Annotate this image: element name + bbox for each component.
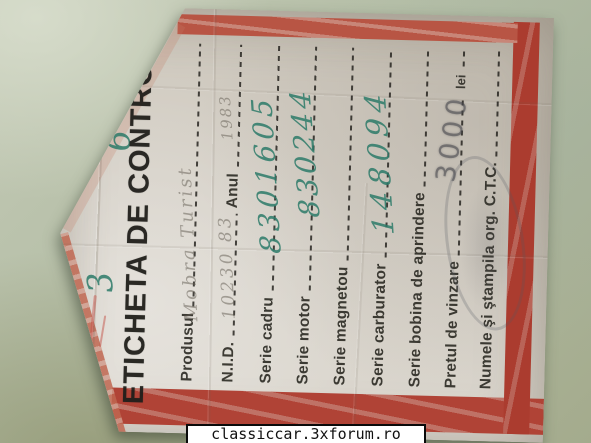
dotted-line	[346, 48, 354, 261]
field-label: Produsul	[178, 312, 198, 381]
field-label: Serie magnetou	[331, 266, 352, 386]
control-tag: 3 6 ETICHETA DE CONTROL Produsul N.I.D. …	[55, 5, 554, 443]
dotted-line	[237, 45, 243, 167]
watermark-bar: classiccar.3xforum.ro	[186, 424, 426, 443]
field-label: N.I.D.	[219, 342, 238, 383]
field-label: Serie cadru	[257, 297, 277, 384]
currency-label: lei	[453, 74, 468, 89]
dotted-line	[462, 51, 465, 67]
handwritten-value-anul: 1983	[216, 94, 237, 141]
field-label: Anul	[224, 173, 243, 209]
dotted-line	[495, 51, 500, 156]
photo-scene: 3 6 ETICHETA DE CONTROL Produsul N.I.D. …	[0, 0, 591, 443]
field-label: Serie motor	[294, 296, 314, 385]
dotted-line	[423, 50, 429, 187]
pen-mark-3: 3	[80, 269, 122, 295]
field-label: Serie carburator	[369, 263, 390, 386]
